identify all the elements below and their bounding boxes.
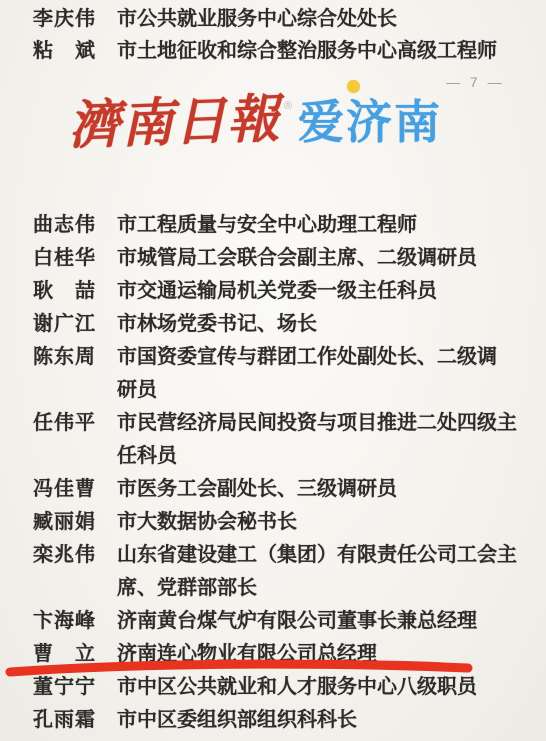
list-item: 栾兆伟 山东省建设建工（集团）有限责任公司工会主 席、党群部部长 — [33, 539, 532, 605]
person-title: 市工程质量与安全中心助理工程师 — [117, 209, 532, 242]
person-title: 市民营经济局民间投资与项目推进二处四级主 任科员 — [117, 407, 532, 473]
person-title: 市中区委组织部组织科科长 — [117, 704, 532, 737]
person-title: 济南黄台煤气炉有限公司董事长兼总经理 — [117, 605, 532, 638]
page-number: — 7 — — [446, 74, 505, 90]
ai-jinan-logo: 爱济南 — [298, 86, 442, 152]
list-item: 董宁宁 市中区公共就业和人才服务中心八级职员 — [33, 671, 532, 704]
person-title: 山东省建设建工（集团）有限责任公司工会主 席、党群部部长 — [117, 539, 532, 605]
list-item: 臧丽娟 市大数据协会秘书长 — [33, 506, 532, 539]
person-name: 李庆伟 — [33, 3, 117, 35]
person-name: 董宁宁 — [33, 671, 117, 704]
person-name: 任伟平 — [33, 407, 117, 440]
person-title: 市国资委宣传与群团工作处副处长、二级调 研员 — [117, 341, 532, 407]
person-title: 市城管局工会联合会副主席、二级调研员 — [117, 242, 532, 275]
list-item: 白桂华 市城管局工会联合会副主席、二级调研员 — [33, 242, 532, 275]
list-item: 孔雨霜 市中区委组织部组织科科长 — [33, 704, 532, 737]
person-name: 冯佳曹 — [33, 473, 117, 506]
person-name: 曲志伟 — [33, 209, 117, 242]
person-title: 市公共就业服务中心综合处处长 — [117, 3, 530, 35]
person-name: 臧丽娟 — [33, 506, 117, 539]
jinan-daily-logo: 濟南日報 — [67, 76, 282, 158]
person-name: 白桂华 — [33, 242, 117, 275]
person-name: 陈东周 — [33, 341, 117, 374]
list-item: 耿 喆 市交通运输局机关党委一级主任科员 — [33, 275, 532, 308]
newspaper-masthead: 濟南日報 ® 爱济南 — 7 — — [0, 74, 546, 174]
person-title: 市大数据协会秘书长 — [117, 506, 532, 539]
name-title-list: 曲志伟 市工程质量与安全中心助理工程师 白桂华 市城管局工会联合会副主席、二级调… — [33, 209, 532, 737]
person-name: 粘 斌 — [33, 35, 117, 67]
person-name: 耿 喆 — [33, 275, 117, 308]
person-name: 栾兆伟 — [33, 539, 117, 572]
list-item: 卞海峰 济南黄台煤气炉有限公司董事长兼总经理 — [33, 605, 532, 638]
person-title: 市土地征收和综合整治服务中心高级工程师 — [117, 35, 530, 67]
person-name: 孔雨霜 — [33, 704, 117, 737]
list-item: 李庆伟 市公共就业服务中心综合处处长 — [33, 3, 530, 35]
list-item: 粘 斌 市土地征收和综合整治服务中心高级工程师 — [33, 35, 530, 67]
person-title: 济南连心物业有限公司总经理 — [117, 638, 532, 671]
list-item: 谢广江 市林场党委书记、场长 — [33, 308, 532, 341]
person-title: 市交通运输局机关党委一级主任科员 — [117, 275, 532, 308]
list-item: 任伟平 市民营经济局民间投资与项目推进二处四级主 任科员 — [33, 407, 532, 473]
person-title: 市中区公共就业和人才服务中心八级职员 — [117, 671, 532, 704]
document-page: 李庆伟 市公共就业服务中心综合处处长 粘 斌 市土地征收和综合整治服务中心高级工… — [0, 0, 546, 741]
person-title: 市医务工会副处长、三级调研员 — [117, 473, 532, 506]
person-name: 曹 立 — [33, 638, 117, 671]
list-item: 陈东周 市国资委宣传与群团工作处副处长、二级调 研员 — [33, 341, 532, 407]
logo-yellow-dot-icon — [347, 80, 360, 93]
registered-trademark-icon: ® — [284, 100, 292, 112]
top-entries-block: 李庆伟 市公共就业服务中心综合处处长 粘 斌 市土地征收和综合整治服务中心高级工… — [33, 3, 530, 67]
person-name: 谢广江 — [33, 308, 117, 341]
list-item: 冯佳曹 市医务工会副处长、三级调研员 — [33, 473, 532, 506]
list-item: 曲志伟 市工程质量与安全中心助理工程师 — [33, 209, 532, 242]
list-item-highlighted: 曹 立 济南连心物业有限公司总经理 — [33, 638, 532, 671]
person-title: 市林场党委书记、场长 — [117, 308, 532, 341]
person-name: 卞海峰 — [33, 605, 117, 638]
